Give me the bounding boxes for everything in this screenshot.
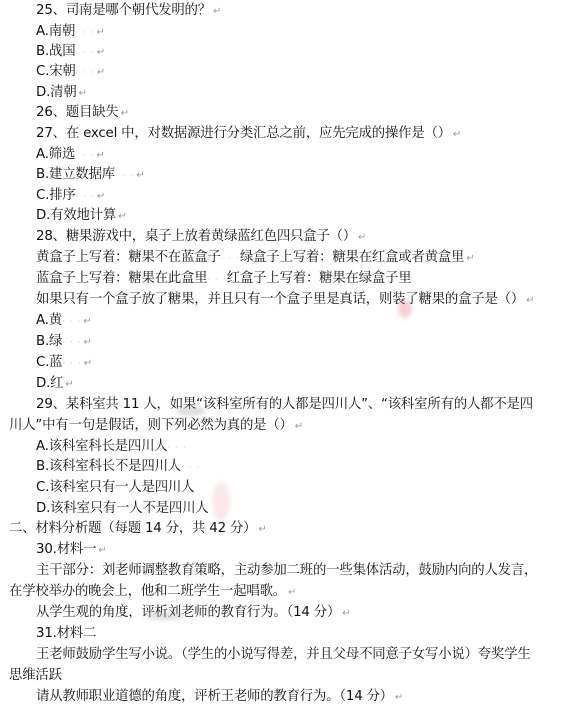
question-28-clue-1: 黄盒子上写着：糖果不在蓝盒子· · ·绿盒子上写着：糖果在红盒或者黄盒里↵ [36, 248, 474, 268]
question-29-option-d: D.该科室只有一人不是四川人 [36, 499, 208, 519]
question-25-option-b: B.战国· · ·↵ [36, 42, 105, 62]
question-29-stem-line-2: 川人”中有一句是假话，则下列必然为真的是（）↵ [9, 416, 303, 436]
question-27-option-c: C.排序· · ·↵ [36, 186, 105, 206]
question-30-material-line-1: 主干部分：刘老师调整教育策略，主动参加二班的一些集体活动，鼓励内向的人发言， [36, 561, 537, 581]
question-28-question: 如果只有一个盒子放了糖果，并且只有一个盒子里是真话，则装了糖果的盒子是（）↵ [36, 290, 534, 310]
question-29-stem-line-1: 29、某科室共 11 人，如果“该科室所有的人都是四川人”、“该科室所有的人都不… [36, 395, 533, 415]
question-25-stem: 25、司南是哪个朝代发明的？↵ [36, 1, 221, 21]
question-30-question: 从学生观的角度，评析刘老师的教育行为。（14 分）↵ [36, 603, 350, 623]
question-29-option-c: C.该科室只有一人是四川人 [36, 478, 194, 498]
ink-smudge [145, 612, 185, 620]
question-30-material-line-2: 在学校举办的晚会上，他和二班学生一起唱歌。↵ [9, 582, 296, 602]
question-29-option-b: B.该科室科长不是四川人· · · [36, 457, 200, 477]
question-29-option-a: A.该科室科长是四川人· · · [36, 437, 187, 457]
question-28-option-d: D.红↵ [36, 374, 74, 394]
ink-smudge [176, 406, 206, 416]
question-28-stem: 28、糖果游戏中，桌子上放着黄绿蓝红色四只盒子（）↵ [36, 227, 366, 247]
question-27-option-a: A.筛选· · ·↵ [36, 145, 105, 165]
question-31-material-line-2: 思维活跃 [9, 666, 62, 686]
ink-smudge [398, 300, 412, 318]
question-28-option-c: C.蓝· · ·↵ [36, 353, 92, 373]
question-26-stem: 26、题目缺失↵ [36, 103, 129, 123]
question-31-question: 请从教师职业道德的角度，评析王老师的教育行为。（14 分）↵ [36, 687, 403, 707]
question-28-clue-2: 蓝盒子上写着：糖果在此盒里· · ·红盒子上写着：糖果在绿盒子里 [36, 269, 411, 289]
question-27-option-d: D.有效地计算↵ [36, 206, 126, 226]
question-30-title: 30.材料一↵ [36, 540, 106, 560]
question-25-option-d: D.清朝↵ [36, 83, 87, 103]
question-28-option-a: A.黄· · ·↵ [36, 311, 91, 331]
question-31-material-line-1: 王老师鼓励学生写小说。（学生的小说写得差，并且父母不同意子女写小说）夸奖学生 [36, 645, 531, 665]
question-27-stem: 27、在 excel 中，对数据源进行分类汇总之前，应先完成的操作是（）↵ [36, 124, 461, 144]
section-2-heading: 二、材料分析题（每题 14 分，共 42 分）↵ [9, 519, 267, 539]
question-27-option-b: B.建立数据库· · ·↵ [36, 165, 145, 185]
ink-smudge [212, 482, 230, 522]
question-25-option-a: A.南朝· · ·↵ [36, 22, 105, 42]
question-25-option-c: C.宋朝· · ·↵ [36, 62, 105, 82]
question-28-option-b: B.绿· · ·↵ [36, 332, 92, 352]
question-31-title: 31.材料二 [36, 624, 96, 644]
